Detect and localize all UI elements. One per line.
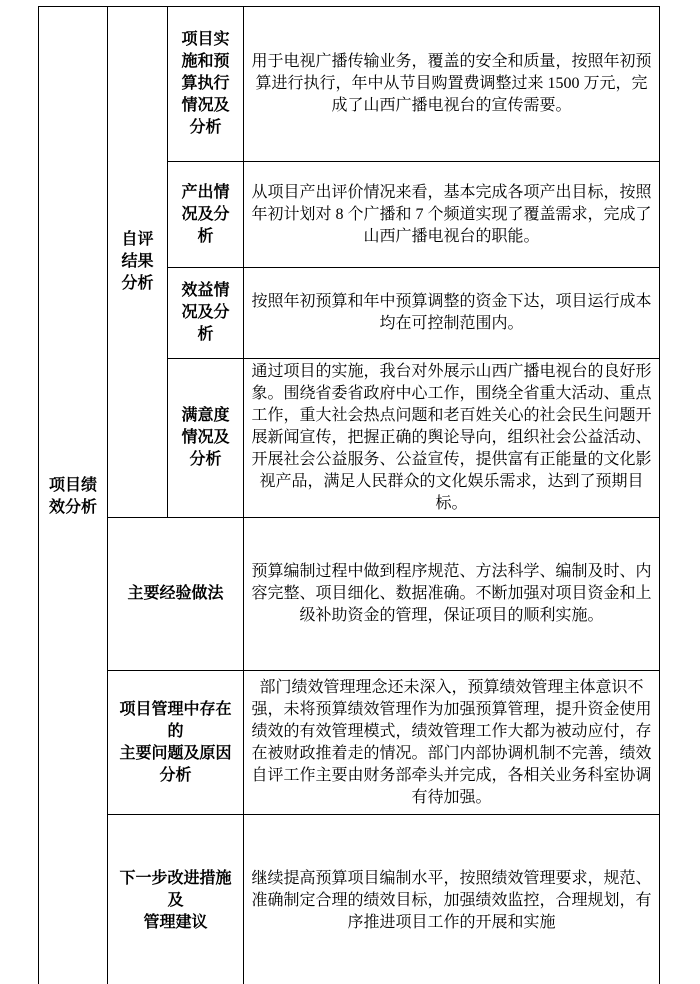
content-implementation-budget: 用于电视广播传输业务，覆盖的安全和质量，按照年初预算进行执行，年中从节目购置费调…: [244, 7, 660, 162]
row-label-problems-causes: 项目管理中存在 的 主要问题及原因 分析: [108, 671, 244, 815]
section-label-cell: 项目绩 效分析: [39, 7, 108, 984]
performance-analysis-table: 项目绩 效分析 自评 结果 分析 项目实 施和预 算执行 情况及 分析 用于电视…: [38, 6, 660, 984]
content-benefit: 按照年初预算和年中预算调整的资金下达，项目运行成本均在可控制范围内。: [244, 268, 660, 359]
row-label-improvement-suggestions: 下一步改进措施 及 管理建议: [108, 815, 244, 984]
table-row: 主要经验做法 预算编制过程中做到程序规范、方法科学、编制及时、内容完整、项目细化…: [39, 518, 660, 671]
row-label-output: 产出情 况及分 析: [168, 162, 244, 268]
row-label-benefit: 效益情 况及分 析: [168, 268, 244, 359]
content-improvement-suggestions: 继续提高预算项目编制水平，按照绩效管理要求，规范、准确制定合理的绩效目标，加强绩…: [244, 815, 660, 984]
row-label-implementation-budget: 项目实 施和预 算执行 情况及 分析: [168, 7, 244, 162]
content-satisfaction: 通过项目的实施，我台对外展示山西广播电视台的良好形象。围绕省委省政府中心工作，围…: [244, 359, 660, 518]
row-label-main-experience: 主要经验做法: [108, 518, 244, 671]
document-page: 项目绩 效分析 自评 结果 分析 项目实 施和预 算执行 情况及 分析 用于电视…: [0, 0, 700, 984]
content-problems-causes: 部门绩效管理理念还未深入，预算绩效管理主体意识不强，未将预算绩效管理作为加强预算…: [244, 671, 660, 815]
content-output: 从项目产出评价情况来看，基本完成各项产出目标，按照年初计划对 8 个广播和 7 …: [244, 162, 660, 268]
table-row: 下一步改进措施 及 管理建议 继续提高预算项目编制水平，按照绩效管理要求，规范、…: [39, 815, 660, 984]
content-main-experience: 预算编制过程中做到程序规范、方法科学、编制及时、内容完整、项目细化、数据准确。不…: [244, 518, 660, 671]
row-label-satisfaction: 满意度 情况及 分析: [168, 359, 244, 518]
self-eval-group-label-cell: 自评 结果 分析: [108, 7, 168, 518]
table-row: 项目管理中存在 的 主要问题及原因 分析 部门绩效管理理念还未深入，预算绩效管理…: [39, 671, 660, 815]
table-row: 项目绩 效分析 自评 结果 分析 项目实 施和预 算执行 情况及 分析 用于电视…: [39, 7, 660, 162]
